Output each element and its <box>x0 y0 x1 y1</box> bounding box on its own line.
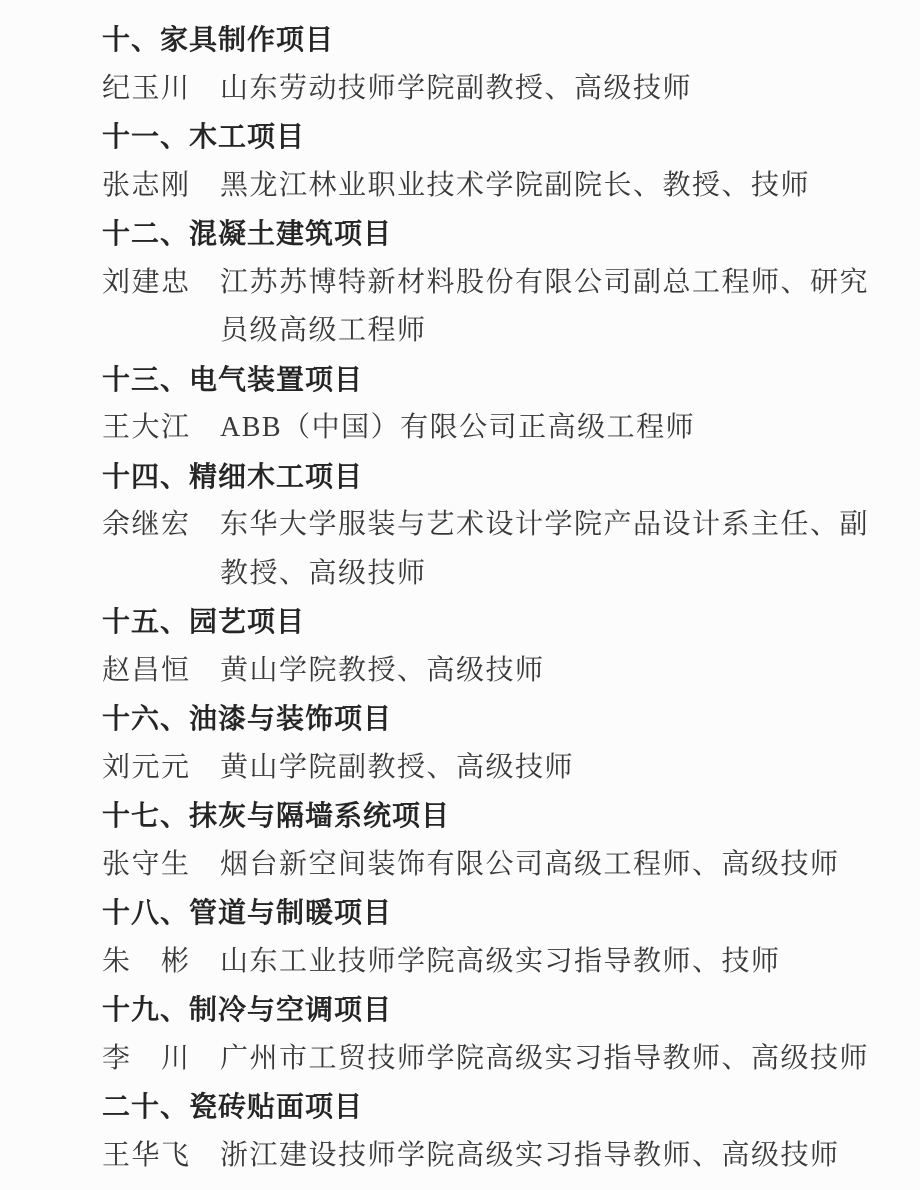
entry-row: 余继宏 东华大学服装与艺术设计学院产品设计系主任、副 教授、高级技师 <box>102 501 880 598</box>
entry-title: 江苏苏博特新材料股份有限公司副总工程师、研究 员级高级工程师 <box>220 259 880 356</box>
entry-name: 赵昌恒 <box>102 647 220 696</box>
section-heading-12: 十二、混凝土建筑项目 <box>102 210 880 259</box>
entry-title: 浙江建设技师学院高级实习指导教师、高级技师 <box>220 1132 880 1181</box>
entry-title-line: 江苏苏博特新材料股份有限公司副总工程师、研究 <box>220 259 880 308</box>
entry-name: 李 川 <box>102 1035 220 1084</box>
section-heading-15: 十五、园艺项目 <box>102 598 880 647</box>
entry-title: 广州市工贸技师学院高级实习指导教师、高级技师 <box>220 1035 880 1084</box>
entry-row: 张志刚 黑龙江林业职业技术学院副院长、教授、技师 <box>102 162 880 211</box>
section-heading-14: 十四、精细木工项目 <box>102 453 880 502</box>
section-heading-20: 二十、瓷砖贴面项目 <box>102 1083 880 1132</box>
entry-name: 王华飞 <box>102 1132 220 1181</box>
entry-title: 山东工业技师学院高级实习指导教师、技师 <box>220 938 880 987</box>
entry-row: 张守生 烟台新空间装饰有限公司高级工程师、高级技师 <box>102 841 880 890</box>
entry-row: 王华飞 浙江建设技师学院高级实习指导教师、高级技师 <box>102 1132 880 1181</box>
entry-title-line: 广州市工贸技师学院高级实习指导教师、高级技师 <box>220 1035 880 1084</box>
entry-title: 黄山学院教授、高级技师 <box>220 647 880 696</box>
entry-title-line: 山东工业技师学院高级实习指导教师、技师 <box>220 938 880 987</box>
section-heading-16: 十六、油漆与装饰项目 <box>102 695 880 744</box>
entry-title-line: 东华大学服装与艺术设计学院产品设计系主任、副 <box>220 501 880 550</box>
section-heading-13: 十三、电气装置项目 <box>102 356 880 405</box>
entry-title: 烟台新空间装饰有限公司高级工程师、高级技师 <box>220 841 880 890</box>
entry-title-line: 浙江建设技师学院高级实习指导教师、高级技师 <box>220 1132 880 1181</box>
entry-row: 刘元元 黄山学院副教授、高级技师 <box>102 744 880 793</box>
entry-title-line: 员级高级工程师 <box>220 307 880 356</box>
entry-row: 赵昌恒 黄山学院教授、高级技师 <box>102 647 880 696</box>
section-heading-19: 十九、制冷与空调项目 <box>102 986 880 1035</box>
entry-name: 张守生 <box>102 841 220 890</box>
entry-title-line: 山东劳动技师学院副教授、高级技师 <box>220 65 880 114</box>
entry-row: 王大江 ABB（中国）有限公司正高级工程师 <box>102 404 880 453</box>
entry-title-line: 黄山学院教授、高级技师 <box>220 647 880 696</box>
entry-name: 刘建忠 <box>102 259 220 308</box>
entry-title-line: 黑龙江林业职业技术学院副院长、教授、技师 <box>220 162 880 211</box>
entry-title-line: 教授、高级技师 <box>220 550 880 599</box>
entry-title: ABB（中国）有限公司正高级工程师 <box>220 404 880 453</box>
entry-name: 纪玉川 <box>102 65 220 114</box>
entry-title: 黑龙江林业职业技术学院副院长、教授、技师 <box>220 162 880 211</box>
section-heading-11: 十一、木工项目 <box>102 113 880 162</box>
section-heading-10: 十、家具制作项目 <box>102 16 880 65</box>
entry-title: 东华大学服装与艺术设计学院产品设计系主任、副 教授、高级技师 <box>220 501 880 598</box>
entry-row: 刘建忠 江苏苏博特新材料股份有限公司副总工程师、研究 员级高级工程师 <box>102 259 880 356</box>
entry-title: 山东劳动技师学院副教授、高级技师 <box>220 65 880 114</box>
entry-title: 黄山学院副教授、高级技师 <box>220 744 880 793</box>
section-heading-18: 十八、管道与制暖项目 <box>102 889 880 938</box>
entry-row: 李 川 广州市工贸技师学院高级实习指导教师、高级技师 <box>102 1035 880 1084</box>
entry-row: 纪玉川 山东劳动技师学院副教授、高级技师 <box>102 65 880 114</box>
section-heading-17: 十七、抹灰与隔墙系统项目 <box>102 792 880 841</box>
entry-name: 余继宏 <box>102 501 220 550</box>
entry-name: 刘元元 <box>102 744 220 793</box>
entry-title-line: 黄山学院副教授、高级技师 <box>220 744 880 793</box>
entry-title-line: ABB（中国）有限公司正高级工程师 <box>220 404 880 453</box>
entry-row: 朱 彬 山东工业技师学院高级实习指导教师、技师 <box>102 938 880 987</box>
entry-name: 王大江 <box>102 404 220 453</box>
entry-name: 张志刚 <box>102 162 220 211</box>
entry-title-line: 烟台新空间装饰有限公司高级工程师、高级技师 <box>220 841 880 890</box>
entry-name: 朱 彬 <box>102 938 220 987</box>
document-page: 十、家具制作项目 纪玉川 山东劳动技师学院副教授、高级技师 十一、木工项目 张志… <box>0 0 920 1190</box>
